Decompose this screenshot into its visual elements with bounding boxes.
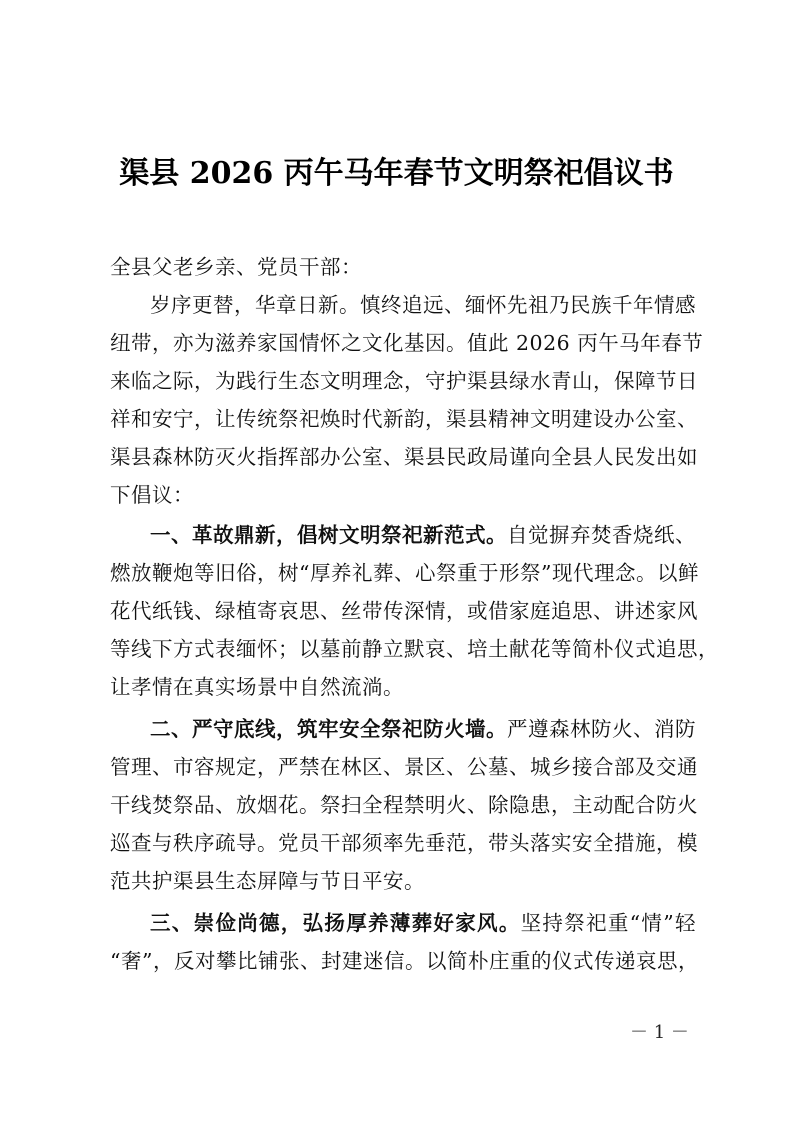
- section-2-line: 巡查与秩序疏导。党员干部须率先垂范，带头落实安全措施，模: [110, 826, 696, 860]
- intro-line: 渠县森林防灭火指挥部办公室、渠县民政局谨向全县人民发出如: [110, 440, 696, 474]
- intro-line: 纽带，亦为滋养家国情怀之文化基因。值此 2026 丙午马年春节: [110, 326, 696, 360]
- intro-line: 来临之际，为践行生态文明理念，守护渠县绿水青山，保障节日: [110, 364, 696, 398]
- section-3-heading: 三、崇俭尚德，弘扬厚养薄葬好家风。: [150, 911, 521, 935]
- section-2-first-line: 二、严守底线，筑牢安全祭祀防火墙。严遵森林防火、消防: [150, 712, 696, 746]
- document-title: 渠县 2026 丙午马年春节文明祭祀倡议书: [0, 148, 793, 192]
- section-1-line: 等线下方式表缅怀；以墓前静立默哀、培土献花等简朴仪式追思，: [110, 632, 696, 666]
- section-1-text: 自觉摒弃焚香烧纸、: [507, 523, 696, 547]
- section-1-heading: 一、革故鼎新，倡树文明祭祀新范式。: [150, 523, 507, 547]
- section-1-line: 燃放鞭炮等旧俗，树“厚养礼葬、心祭重于形祭”现代理念。以鲜: [110, 556, 696, 590]
- section-2-heading: 二、严守底线，筑牢安全祭祀防火墙。: [150, 717, 507, 741]
- page-number: － 1 －: [630, 1018, 689, 1044]
- intro-line: 岁序更替，华章日新。慎终追远、缅怀先祖乃民族千年情感: [150, 288, 696, 322]
- section-1-line: 让孝情在真实场景中自然流淌。: [110, 670, 696, 704]
- intro-line: 祥和安宁，让传统祭祀焕时代新韵，渠县精神文明建设办公室、: [110, 402, 696, 436]
- section-3-first-line: 三、崇俭尚德，弘扬厚养薄葬好家风。坚持祭祀重“情”轻: [150, 906, 696, 940]
- section-3-line: “奢”，反对攀比铺张、封建迷信。以简朴庄重的仪式传递哀思，: [110, 944, 696, 978]
- section-2-line: 范共护渠县生态屏障与节日平安。: [110, 864, 696, 898]
- section-2-text: 严遵森林防火、消防: [507, 717, 696, 741]
- salutation: 全县父老乡亲、党员干部：: [110, 250, 696, 284]
- section-2-line: 干线焚祭品、放烟花。祭扫全程禁明火、除隐患，主动配合防火: [110, 788, 696, 822]
- section-3-text: 坚持祭祀重“情”轻: [521, 911, 696, 935]
- section-1-line: 花代纸钱、绿植寄哀思、丝带传深情，或借家庭追思、讲述家风: [110, 594, 696, 628]
- intro-line: 下倡议：: [110, 478, 696, 512]
- section-2-line: 管理、市容规定，严禁在林区、景区、公墓、城乡接合部及交通: [110, 750, 696, 784]
- section-1-first-line: 一、革故鼎新，倡树文明祭祀新范式。自觉摒弃焚香烧纸、: [150, 518, 696, 552]
